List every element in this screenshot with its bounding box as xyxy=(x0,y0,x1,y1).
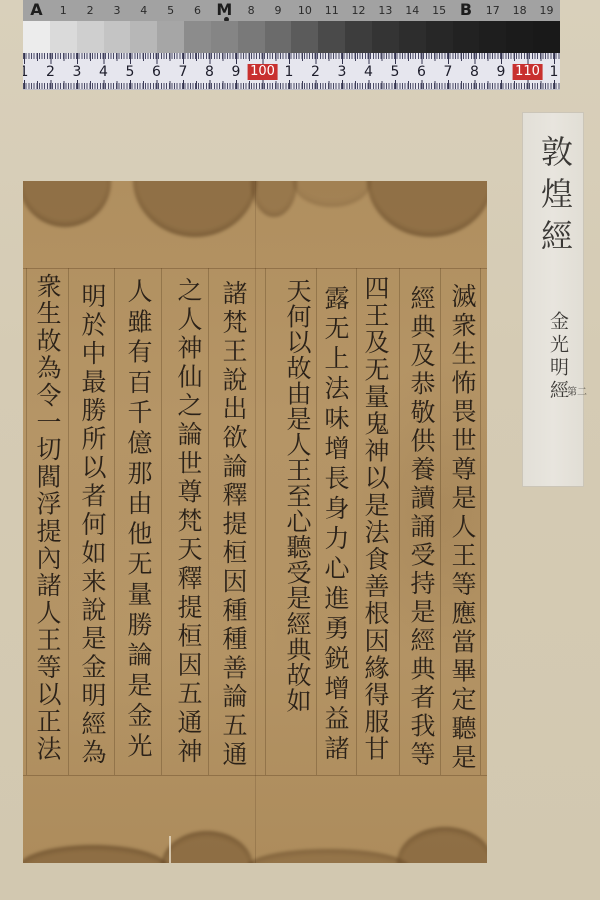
gray-patch xyxy=(345,21,372,53)
gray-patch xyxy=(77,21,104,53)
gray-patch xyxy=(50,21,77,53)
text-column: 之人神仙之論世尊梵天釋提桓因五通神 xyxy=(173,277,203,767)
paper-crack xyxy=(169,836,171,863)
text-column: 明於中最勝所以者何如来說是金明經為 xyxy=(77,283,107,768)
ruled-column-line xyxy=(440,268,441,775)
color-calibration-chart: A 1 2 3 4 5 6 M 8 9 10 11 12 13 14 15 B … xyxy=(23,0,560,90)
measuring-ruler: 1 2 3 4 5 6 7 8 9 100 1 2 3 4 5 6 7 8 9 … xyxy=(23,53,560,90)
ruled-column-line xyxy=(316,268,317,775)
gray-patch xyxy=(399,21,426,53)
gray-patch xyxy=(318,21,345,53)
water-stain xyxy=(23,845,169,863)
ruled-column-line xyxy=(265,268,266,775)
gray-patch xyxy=(372,21,399,53)
ruler-number: 8 xyxy=(469,64,480,80)
patch-label: 17 xyxy=(479,0,506,21)
slip-sutra-name: 金光明經 xyxy=(547,311,569,403)
ruled-column-line xyxy=(356,268,357,775)
text-column: 諸梵王說出欲論釋提桓因種種善論五通 xyxy=(218,280,248,770)
ruler-number: 4 xyxy=(363,64,374,80)
label-slip: 敦煌經 金光明經 第二 xyxy=(523,113,583,486)
ruled-column-line xyxy=(208,268,209,775)
water-stain xyxy=(397,827,487,863)
gray-patch xyxy=(291,21,318,53)
ruler-number: 9 xyxy=(231,64,242,80)
ruler-number: 9 xyxy=(496,64,507,80)
ruler-number: 1 xyxy=(23,64,29,80)
patch-label: 10 xyxy=(291,0,318,21)
gray-patch xyxy=(23,21,50,53)
water-stain xyxy=(133,181,257,237)
text-column: 天何以故由是人王至心聽受是經典故如 xyxy=(282,278,312,713)
gray-patch xyxy=(453,21,480,53)
gray-patch xyxy=(130,21,157,53)
water-stain xyxy=(247,849,409,863)
ruled-column-line xyxy=(161,268,162,775)
patch-label: 4 xyxy=(130,0,157,21)
gray-patch xyxy=(157,21,184,53)
patch-label: 12 xyxy=(345,0,372,21)
gray-patch xyxy=(426,21,453,53)
slip-volume: 第二 xyxy=(567,387,587,399)
patch-label: 19 xyxy=(533,0,560,21)
patch-label: 11 xyxy=(318,0,345,21)
water-stain xyxy=(293,181,371,207)
patch-label: 5 xyxy=(157,0,184,21)
patch-label: B xyxy=(453,0,480,21)
text-column: 滅衆生怖畏世尊是人王等應當畢定聽是 xyxy=(447,283,477,773)
ruler-number: 3 xyxy=(337,64,348,80)
patch-label: 18 xyxy=(506,0,533,21)
water-stain xyxy=(161,831,253,863)
ruler-number: 3 xyxy=(72,64,83,80)
grayscale-strip xyxy=(23,21,560,53)
ruler-number: 7 xyxy=(443,64,454,80)
manuscript-fragment: 滅衆生怖畏世尊是人王等應當畢定聽是 經典及恭敬供養讀誦受持是經典者我等 四王及无… xyxy=(23,181,487,863)
ruled-column-line xyxy=(114,268,115,775)
gray-patch xyxy=(533,21,560,53)
ruler-number-highlighted: 100 xyxy=(247,64,278,80)
patch-label: A xyxy=(23,0,50,21)
ruler-number: 6 xyxy=(416,64,427,80)
water-stain xyxy=(251,181,297,217)
slip-title: 敦煌經 xyxy=(537,135,573,261)
water-stain xyxy=(367,181,487,237)
gray-patch xyxy=(506,21,533,53)
ruler-number-highlighted: 110 xyxy=(512,64,543,80)
cm-ticks-top xyxy=(24,53,560,64)
gray-patch xyxy=(238,21,265,53)
patch-label: 6 xyxy=(184,0,211,21)
water-stain xyxy=(23,181,111,227)
patch-label: 14 xyxy=(399,0,426,21)
ruler-number: 5 xyxy=(125,64,136,80)
ruled-column-line xyxy=(26,268,27,775)
paper-fold xyxy=(255,181,256,863)
gray-patch xyxy=(184,21,211,53)
ruled-column-line xyxy=(68,268,69,775)
ruler-number: 7 xyxy=(178,64,189,80)
ruler-number: 5 xyxy=(390,64,401,80)
ruler-number: 2 xyxy=(45,64,56,80)
patch-label: 1 xyxy=(50,0,77,21)
gray-patch xyxy=(211,21,238,53)
gray-patch xyxy=(265,21,292,53)
text-column: 人雖有百千億那由他无量勝論是金光 xyxy=(123,278,153,763)
patch-label: 13 xyxy=(372,0,399,21)
text-column: 衆生故為令一切閻浮提內諸人王等以正法 xyxy=(32,273,62,763)
patch-label: 3 xyxy=(104,0,131,21)
ruler-number: 1 xyxy=(284,64,295,80)
text-column: 經典及恭敬供養讀誦受持是經典者我等 xyxy=(406,285,436,770)
ruler-number: 2 xyxy=(310,64,321,80)
patch-label: 2 xyxy=(77,0,104,21)
patch-label-row: A 1 2 3 4 5 6 M 8 9 10 11 12 13 14 15 B … xyxy=(23,0,560,21)
ruler-number: 1 xyxy=(549,64,560,80)
patch-label: 15 xyxy=(426,0,453,21)
gray-patch xyxy=(104,21,131,53)
ruled-column-line xyxy=(480,268,481,775)
ruler-number: 6 xyxy=(151,64,162,80)
patch-label: 9 xyxy=(265,0,292,21)
patch-label: 8 xyxy=(238,0,265,21)
ruler-number: 8 xyxy=(204,64,215,80)
text-column: 露无上法味增長身力心進勇鋭增益諸 xyxy=(320,285,350,765)
text-column: 四王及无量鬼神以是法食善根因緣得服甘 xyxy=(360,275,390,763)
ruler-number: 4 xyxy=(98,64,109,80)
gray-patch xyxy=(479,21,506,53)
ruled-column-line xyxy=(399,268,400,775)
